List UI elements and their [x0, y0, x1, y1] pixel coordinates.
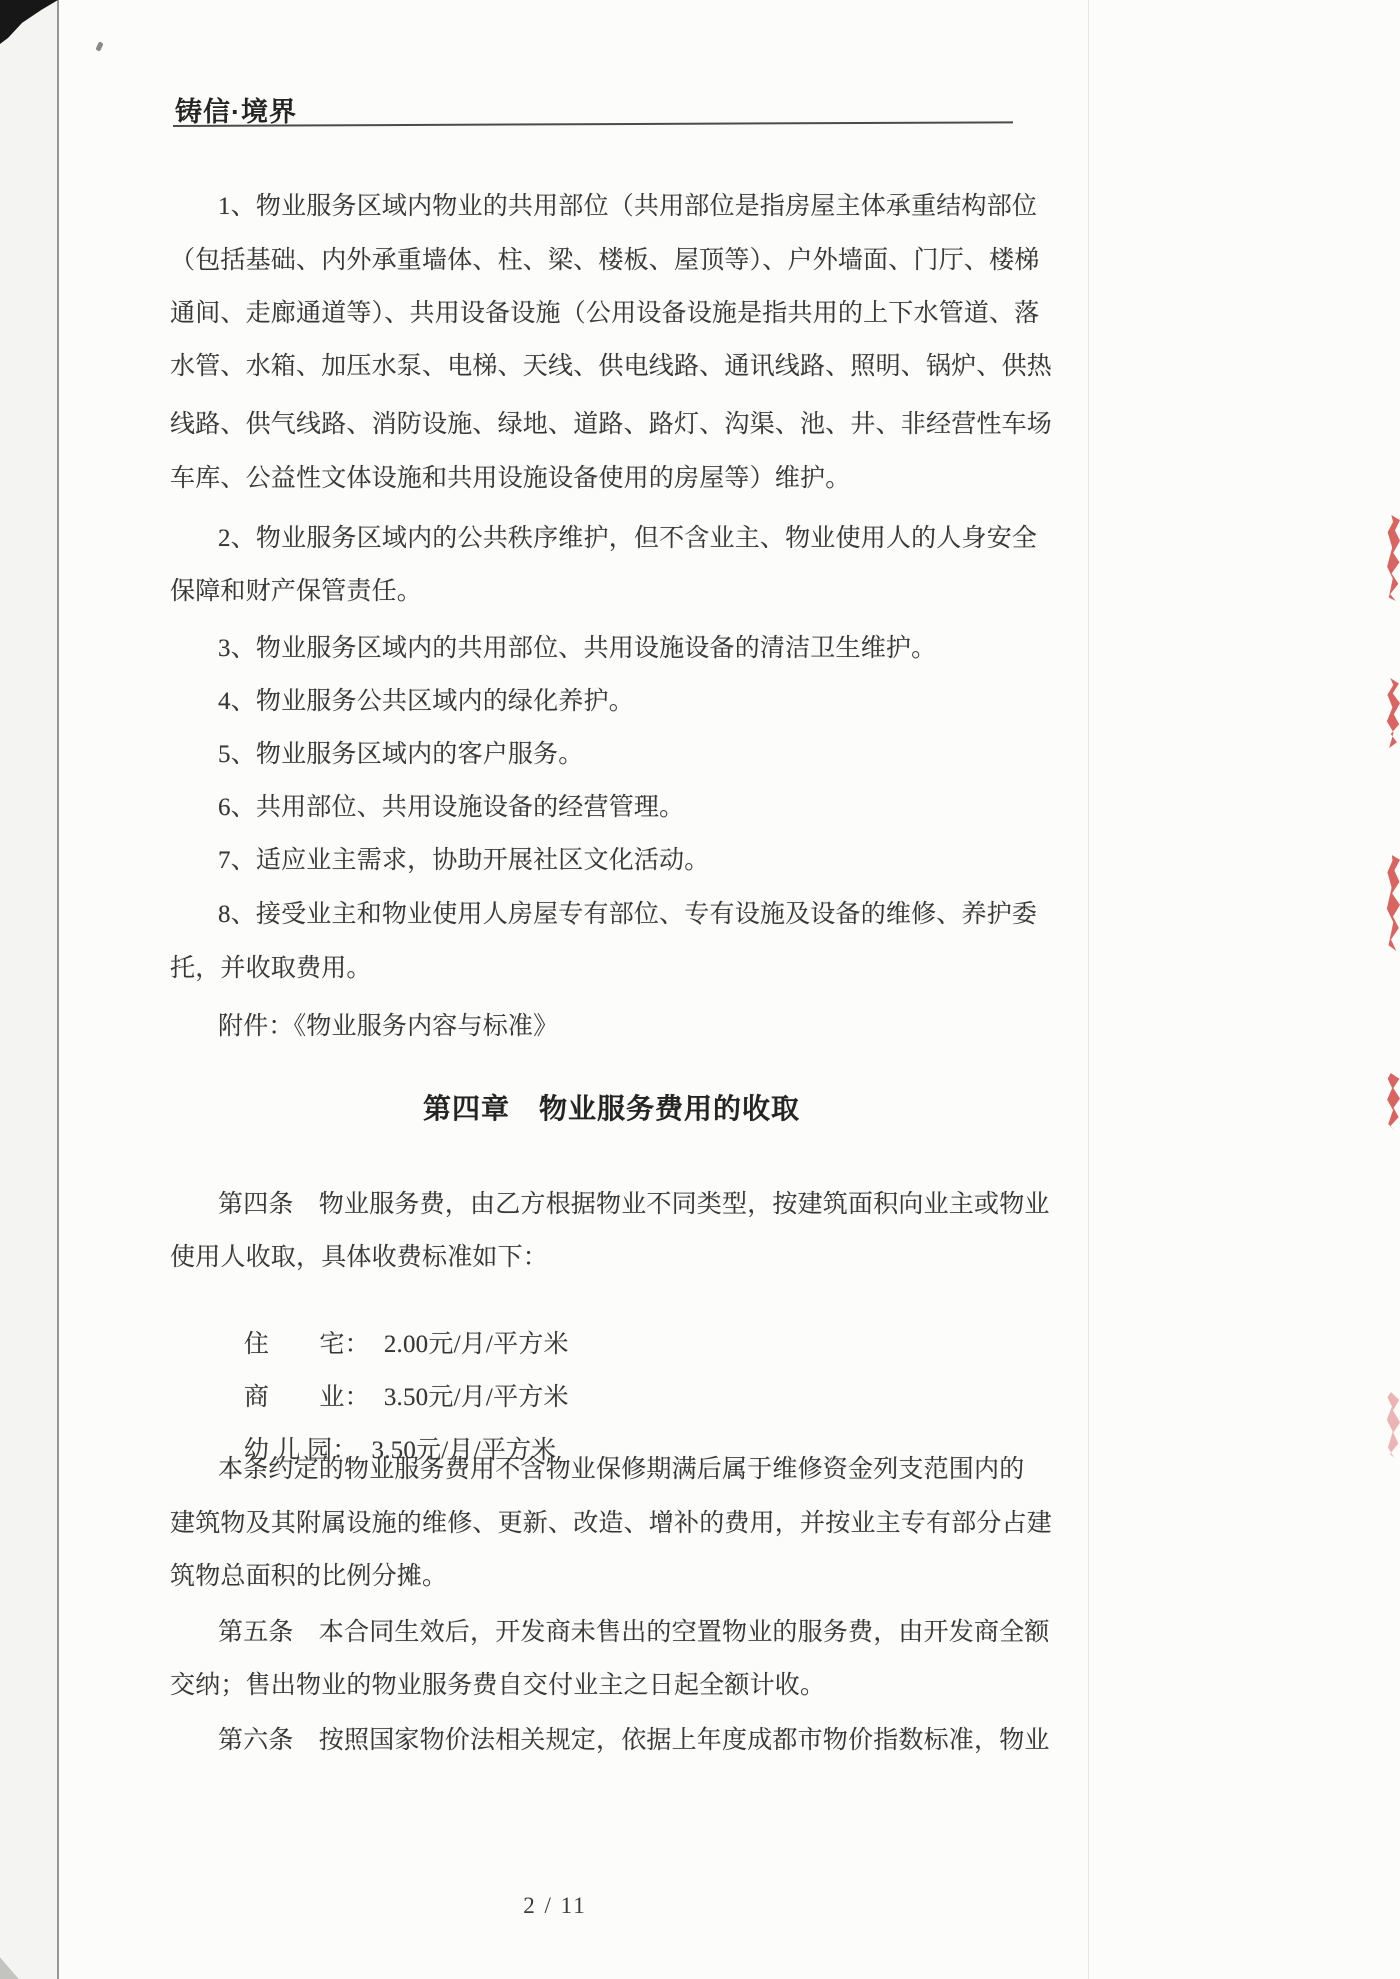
- red-stamp-fragment: [1386, 678, 1400, 748]
- item1-line6: 车库、公益性文体设施和共用设施设备使用的房屋等）维护。: [170, 462, 850, 496]
- page-edge-line: [57, 0, 59, 1979]
- item1-line3: 通间、走廊通道等）、共用设备设施（公用设备设施是指共用的上下水管道、落: [170, 297, 1040, 331]
- item2-line2: 保障和财产保管责任。: [170, 575, 422, 609]
- article4-note-line3: 筑物总面积的比例分摊。: [170, 1560, 447, 1594]
- article4-note-line1: 本条约定的物业服务费用不含物业保修期满后属于维修资金列支范围内的: [218, 1453, 1024, 1487]
- item1-line4: 水管、水箱、加压水泵、电梯、天线、供电线路、通讯线路、照明、锅炉、供热: [170, 350, 1052, 384]
- header-rule: [173, 121, 1013, 127]
- item1-line5: 线路、供气线路、消防设施、绿地、道路、路灯、沟渠、池、井、非经营性车场: [170, 408, 1052, 442]
- item1-line1: 1、物业服务区域内物业的共用部位（共用部位是指房屋主体承重结构部位: [218, 190, 1037, 224]
- item7-line: 7、适应业主需求，协助开展社区文化活动。: [218, 844, 710, 878]
- item4-line: 4、物业服务公共区域内的绿化养护。: [218, 685, 634, 719]
- attachment-line: 附件：《物业服务内容与标准》: [218, 1010, 558, 1044]
- red-stamp-fragment: [1386, 1392, 1400, 1458]
- item8-line2: 托，并收取费用。: [170, 952, 372, 986]
- scanned-contract-page: 铸信·境界 1、物业服务区域内物业的共用部位（共用部位是指房屋主体承重结构部位 …: [0, 0, 1400, 1979]
- article5-line2: 交纳；售出物业的物业服务费自交付业主之日起全额计收。: [170, 1669, 825, 1703]
- item1-line2: （包括基础、内外承重墙体、柱、梁、楼板、屋顶等）、户外墙面、门厅、楼梯: [170, 244, 1040, 278]
- article5-line1: 第五条 本合同生效后，开发商未售出的空置物业的服务费，由开发商全额: [218, 1616, 1050, 1650]
- page-fold-shadow: [1088, 0, 1089, 1979]
- item2-line1: 2、物业服务区域内的公共秩序维护，但不含业主、物业使用人的人身安全: [218, 522, 1037, 556]
- document-brand-logo: 铸信·境界: [175, 90, 297, 129]
- article4-note-line2: 建筑物及其附属设施的维修、更新、改造、增补的费用，并按业主专有部分占建: [170, 1507, 1052, 1541]
- item6-line: 6、共用部位、共用设施设备的经营管理。: [218, 791, 684, 825]
- page-number: 2 / 11: [500, 1893, 610, 1919]
- chapter4-title: 第四章 物业服务费用的收取: [170, 1093, 1053, 1127]
- scan-left-margin: [0, 0, 57, 1979]
- red-stamp-fragment: [1386, 515, 1400, 601]
- article4-line1: 第四条 物业服务费，由乙方根据物业不同类型，按建筑面积向业主或物业: [218, 1188, 1050, 1222]
- scan-speck: [95, 41, 103, 51]
- item8-line1: 8、接受业主和物业使用人房屋专有部位、专有设施及设备的维修、养护委: [218, 898, 1037, 932]
- article4-line2: 使用人收取，具体收费标准如下：: [170, 1241, 548, 1275]
- article6-line1: 第六条 按照国家物价法相关规定，依据上年度成都市物价指数标准，物业: [218, 1724, 1050, 1758]
- red-stamp-fragment: [1386, 1073, 1400, 1131]
- item5-line: 5、物业服务区域内的客户服务。: [218, 738, 584, 772]
- red-stamp-fragment: [1386, 855, 1400, 951]
- item3-line: 3、物业服务区域内的共用部位、共用设施设备的清洁卫生维护。: [218, 632, 936, 666]
